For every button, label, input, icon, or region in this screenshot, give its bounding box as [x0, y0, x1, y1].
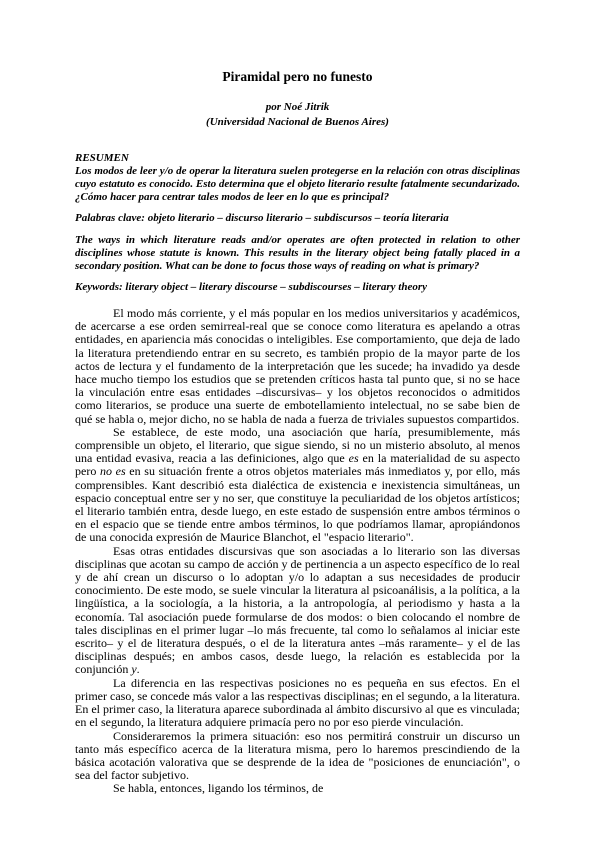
keywords-english: Keywords: literary object – literary dis…: [75, 281, 520, 294]
abstract-english: The ways in which literature reads and/o…: [75, 234, 520, 294]
paragraph: Se habla, entonces, ligando los términos…: [75, 782, 520, 795]
author-affiliation: (Universidad Nacional de Buenos Aires): [75, 115, 520, 130]
document-page: Piramidal pero no funesto por Noé Jitrik…: [0, 0, 595, 842]
paragraph: El modo más corriente, y el más popular …: [75, 307, 520, 426]
paper-title: Piramidal pero no funesto: [75, 69, 520, 84]
paragraph: La diferencia en las respectivas posicio…: [75, 677, 520, 730]
paragraph: Esas otras entidades discursivas que son…: [75, 545, 520, 677]
author-byline: por Noé Jitrik: [75, 100, 520, 115]
abstract-spanish-text: Los modos de leer y/o de operar la liter…: [75, 165, 520, 204]
abstract-english-text: The ways in which literature reads and/o…: [75, 234, 520, 273]
paragraph: Consideraremos la primera situación: eso…: [75, 730, 520, 783]
article-body: El modo más corriente, y el más popular …: [75, 307, 520, 796]
abstract-spanish-heading: RESUMEN: [75, 152, 520, 165]
author-block: por Noé Jitrik (Universidad Nacional de …: [75, 100, 520, 130]
paragraph: Se establece, de este modo, una asociaci…: [75, 426, 520, 545]
abstract-spanish: RESUMEN Los modos de leer y/o de operar …: [75, 152, 520, 225]
keywords-spanish: Palabras clave: objeto literario – discu…: [75, 212, 520, 225]
